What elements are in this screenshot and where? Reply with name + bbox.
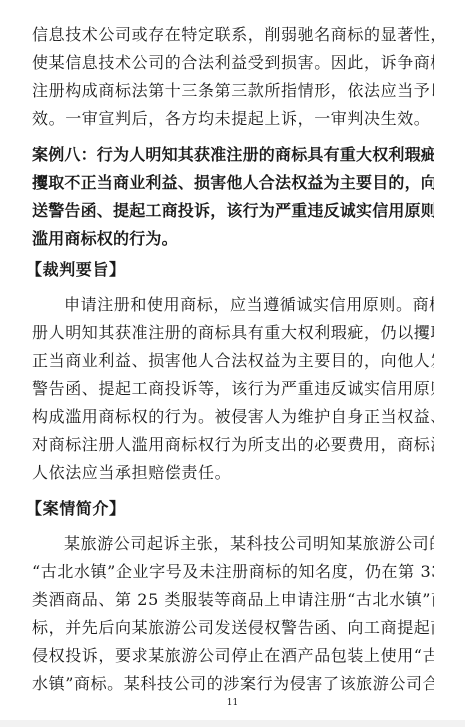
case-title-line: 攫取不正当商业利益、损害他人合法权益为主要目的，向他人发 — [32, 171, 434, 195]
paragraph-line: 标，并先后向某旅游公司发送侵权警告函、向工商提起商标 — [32, 616, 434, 640]
section-heading-judgment-gist: 【裁判要旨】 — [26, 258, 428, 282]
paragraph-line: “古北水镇”企业字号及未注册商标的知名度，仍在第 33 — [32, 560, 434, 584]
case-title-line: 送警告函、提起工商投诉，该行为严重违反诚实信用原则，构成 — [32, 199, 434, 223]
paragraph-line: 对商标注册人滥用商标权行为所支出的必要费用，商标注册 — [32, 433, 434, 457]
paragraph-line: 类酒商品、第 25 类服装等商品上申请注册“古北水镇”商 — [32, 588, 434, 612]
page-number: 11 — [0, 697, 465, 709]
case-title-line: 滥用商标权的行为。 — [32, 227, 434, 251]
paragraph-line: 使某信息技术公司的合法利益受到损害。因此，诉争商标的 — [32, 51, 434, 75]
page-bottom-edge — [0, 720, 465, 727]
paragraph-line: 水镇”商标。某科技公司的涉案行为侵害了该旅游公司合法 — [32, 672, 434, 696]
section-heading-case-summary: 【案情简介】 — [26, 497, 428, 521]
paragraph-line: 正当商业利益、损害他人合法权益为主要目的，向他人发送 — [32, 349, 434, 373]
paragraph-line: 册人明知其获准注册的商标具有重大权利瑕疵，仍以攫取不 — [32, 321, 434, 345]
case-title-line: 案例八：行为人明知其获准注册的商标具有重大权利瑕疵，仍以 — [32, 143, 434, 167]
paragraph-line: 效。一审宣判后，各方均未提起上诉，一审判决生效。 — [32, 107, 434, 131]
paragraph-line: 某旅游公司起诉主张，某科技公司明知某旅游公司的 — [64, 532, 434, 556]
paragraph-line: 注册构成商标法第十三条第三款所指情形，依法应当予以无 — [32, 79, 434, 103]
document-page: 信息技术公司或存在特定联系，削弱驰名商标的显著性，致 使某信息技术公司的合法利益… — [0, 0, 465, 720]
paragraph-line: 侵权投诉，要求某旅游公司停止在酒产品包装上使用“古北 — [32, 644, 434, 668]
paragraph-line: 警告函、提起工商投诉等，该行为严重违反诚实信用原则， — [32, 377, 434, 401]
paragraph-line: 申请注册和使用商标，应当遵循诚实信用原则。商标注 — [64, 293, 434, 317]
paragraph-line: 信息技术公司或存在特定联系，削弱驰名商标的显著性，致 — [32, 23, 434, 47]
paragraph-line: 构成滥用商标权的行为。被侵害人为维护自身正当权益、应 — [32, 405, 434, 429]
paragraph-line: 人依法应当承担赔偿责任。 — [32, 461, 434, 485]
